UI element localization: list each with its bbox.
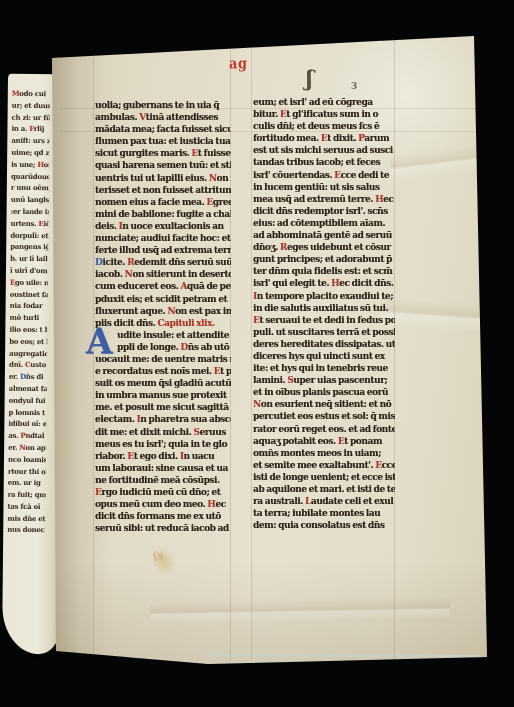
text-line: ch zi: ur fū [12,111,50,123]
text-line: urtens. Eiō [10,218,48,230]
text-segment: nus donec [7,525,44,534]
text-line: puli. ut suscitares terrā et possi [253,327,395,339]
text-segment: n pharetra sua abscō [140,415,231,425]
text-segment: n uacu [183,452,214,462]
text-segment: eruus [199,428,225,438]
text-line: dicit dn̄s formans me ex utō [95,511,231,523]
text-segment: ord [44,160,49,169]
text-segment: audate celi et exul [311,497,393,507]
text-line: p lomnis t [8,406,46,418]
text-segment: uper uias pascentur; [293,376,387,386]
text-segment: culis dn̄i; et deus meus fcs ē [253,122,379,132]
text-column-left: uolia; gubernans te in uia q̄ambulas. Vt… [95,100,231,535]
text-line: deis. In uoce exultacionis an [95,221,231,233]
text-line: mādata mea; facta fuisset sicut [95,124,231,136]
text-segment: oustinet fa [10,289,48,298]
text-segment: quarūdoue [11,171,49,180]
text-segment: gredi [213,198,231,208]
text-line: as. Pndtal [8,430,46,442]
text-segment: on apu [25,443,46,452]
text-segment: diceres hys qui uincti sunt ex [253,352,385,362]
text-segment: mis dn̄e et [7,513,45,522]
text-line: diceres hys qui uincti sunt ex [253,351,395,363]
text-segment: fortitudo mea. [253,134,321,144]
text-line: mō turli [9,312,47,324]
rubricated-text: N [209,174,217,184]
text-segment: lamini. [253,376,287,386]
text-segment: ite: et hys qui in tenebris reue [253,364,388,374]
text-segment: nunciate; audiui facite hoc: et [95,234,231,244]
text-segment: ra australi. [253,497,305,507]
text-segment: ta terra; iubilate montes lau [253,509,380,519]
text-segment: nco loamis [8,454,46,463]
text-line: suit os meum q̄si gladiū acutū: [95,378,231,390]
text-segment: t ponam [344,437,382,447]
text-line: dicit dn̄s redemptor isrl'. scn̄s [253,206,395,218]
text-line: ab aquilone et mari. et isti de ter [253,484,395,496]
text-segment: mō turli [9,313,39,322]
text-line: piis dicit dn̄s. Capituli xlix. [95,318,231,330]
text-line: ad abhominatā gentē ad seruū [253,230,395,242]
text-segment: is une; [11,160,37,169]
text-line: uocauit me: de uentre matris me [95,354,231,366]
text-line: dit me: et dixit michi. Seruus [95,427,231,439]
text-segment: ab aquilone et mari. et isti de ter [253,485,395,495]
text-segment: fluxerunt aque. [95,307,167,317]
text-segment: on sitierunt in deserto [132,270,231,280]
text-segment: gunt principes; et adorabunt p̄ [253,255,392,265]
text-segment: in die salutis auxiliatus sū tui. [253,304,388,314]
text-segment: ra fuit; qm [8,490,46,499]
text-segment: ndtal [25,431,44,440]
text-line: udite insule: et attendite [95,330,231,342]
text-line: ī uirī d'om [10,265,48,277]
text-line: riabor. Et ego dixi. In uacu [95,451,231,463]
text-segment: tas fcā oī [7,502,40,511]
text-segment: tinā attendisses [146,113,218,123]
text-segment: dem: quia consolatus est dn̄s [253,521,384,531]
text-segment: udite insule: et attendite [117,331,229,341]
text-line: me. et posuit me sicut sagittā [95,402,231,414]
text-segment: go uile: m [15,278,48,287]
text-line: almenat fa [9,383,47,395]
text-segment: t gl'ificatus sum in o [286,110,378,120]
text-line: et semite mee exaltabunt'. Ecce [253,460,395,472]
text-line: ra australi. Laudate celi et exul [253,496,395,508]
text-line: in a. Frlij [11,123,49,135]
text-segment: dicit dn̄s redemptor isrl'. scn̄s [253,207,388,217]
text-segment: arum [364,134,389,144]
rubricated-text: H [375,195,383,205]
rubricated-text: H [331,279,339,289]
text-line: quarūdoue [11,170,49,182]
text-segment: anift: urs z [11,136,49,145]
text-segment: n tempore placito exaudiui te; et [257,292,395,302]
text-segment: n uoce exultacionis an [122,222,223,232]
text-line: in lucem gentiū: ut sis salus [253,182,395,194]
text-line: oustinet fa [10,288,48,300]
text-line: quasi harena semen tuū: et stirps [95,160,231,172]
text-segment: odo cui [19,89,46,98]
text-line: dorpulī: et [10,229,48,241]
text-line: iacob. Non sitierunt in deserto [95,269,231,281]
text-line: isrl' qui elegit te. Hec dicit dn̄s. [253,278,395,290]
text-segment: ppli de longe. [117,343,180,353]
text-segment: uime; qd z [11,148,49,157]
text-line: anift: urs z [11,135,49,147]
text-line: Non esurient neq̄ sitient: et nō [253,399,395,411]
text-line: bitur. Et gl'ificatus sum in o [253,109,395,121]
text-segment: t seruaui te et dedi in fedus po [259,316,395,326]
quire-mark: 3 [351,82,357,92]
text-segment: dorpulī: et [10,230,48,239]
text-line: er. Non apu [8,442,46,454]
running-title: ag [229,56,248,74]
text-line: pduxit eis; et scidit petram et [95,294,231,306]
text-line: culis dn̄i; et deus meus fcs ē [253,121,395,133]
text-segment: on est pax im [175,307,231,317]
rubricated-text: R [280,243,287,253]
text-line: gunt principes; et adorabunt p̄ [253,254,395,266]
text-line: um laboraui: sine causa et ua [95,463,231,475]
text-line: bo eos; et b [9,335,47,347]
text-segment: uentris tui ut lapilli eius. [95,174,209,184]
text-line: rtour thi oī [8,465,46,477]
text-line: idibui oī: e [8,418,46,430]
text-line: opus meū cum deo meo. Hec [95,499,231,511]
text-segment: quā de petris [187,282,231,292]
text-segment: isti de longe uenient; et ecce isti [253,473,395,483]
text-line: ferte illud usq̄ ad extrema terre. [95,245,231,257]
text-line: Et seruaui te et dedi in fedus po [253,315,395,327]
text-line: mea usq̄ ad extremū terre. Hec [253,194,395,206]
text-segment: isrl' qui elegit te. [253,279,331,289]
text-segment: in umbra manus sue protexit [95,391,227,401]
text-segment: deis. [95,222,118,232]
text-segment: um laboraui: sine causa et ua [95,464,228,474]
text-segment: opus meū cum deo meo. [95,500,207,510]
text-line: mini de babilone: fugite a chal [95,209,231,221]
text-segment: n̄s di [26,372,44,381]
facing-page-text-fragments: Modo cuiur; et duurch zi: ur fūin a. Frl… [7,88,50,537]
text-line: dn̄oʒ. Reges uidebunt et cōsur [253,242,395,254]
text-segment: in a. [11,124,29,133]
text-segment: uocauit me: de uentre matris me [95,355,231,365]
text-line: uolia; gubernans te in uia q̄ [95,100,231,112]
text-segment: eius: ad cōtemptibilem aīam. [253,219,385,229]
text-line: b. ur iī lail [10,253,48,265]
text-segment: rgo iudiciū meū cū dn̄o; et [101,488,220,498]
text-segment: bitur. [253,110,280,120]
text-line: pangens iġ [10,241,48,253]
text-line: is une; Hord [11,159,49,171]
text-segment: on esurient neq̄ sitient: et nō [261,400,391,410]
ruling-line-vertical [251,36,252,660]
text-segment: riabor. [95,452,127,462]
text-line: ambulas. Vtinā attendisses [95,112,231,124]
text-segment: augregatio [9,348,47,357]
text-line: isrl' cōuertendas. Ecce dedi te [253,170,395,182]
text-line: uime; qd z [11,147,49,159]
text-segment: rlij [34,124,44,133]
text-segment: ch zi: ur fū [12,112,50,121]
text-segment: isrl' cōuertendas. [253,171,334,181]
text-line: ra fuit; qm [8,489,46,501]
text-line: terisset et non fuisset attritum [95,185,231,197]
text-line: er. Dn̄s di [9,371,47,383]
text-segment: unū langls [11,195,49,204]
text-segment: dit me: et dixit michi. [95,428,193,438]
text-segment: t ego dixi. [134,452,180,462]
text-segment: terisset et non fuisset attritum [95,186,231,196]
text-segment: cum educeret eos. [95,282,180,292]
text-segment: aquaʒ potabit eos. [253,437,338,447]
text-segment: on in [217,174,231,184]
text-line: in die salutis auxiliatus sū tui. [253,303,395,315]
text-line: tas fcā oī [7,501,45,513]
text-segment: eges uidebunt et cōsur [287,243,391,253]
text-segment: t fuisset [198,149,231,159]
text-line: ter dn̄m quia fidelis est: et scm̄ [253,266,395,278]
text-segment: bo eos; et b [9,336,47,345]
text-segment: omn̄s montes meos in uiam; [253,449,381,459]
text-line: In tempore placito exaudiui te; et [253,291,395,303]
text-line: dnī. Custo [9,359,47,371]
text-segment: edemit dn̄s seruū suū [134,258,231,268]
text-line: ppli de longe. Dn̄s ab utō [95,342,231,354]
text-line: aquaʒ potabit eos. Et ponam [253,436,395,448]
text-segment: deres hereditates dissipatas. ut [253,340,395,350]
text-line: eius: ad cōtemptibilem aīam. [253,218,395,230]
manuscript-page: ag ʃ 3 uolia; gubernans te in uia q̄ambu… [0,0,514,707]
text-line: Dicite. Redemit dn̄s seruū suū [95,257,231,269]
text-line: ondyul fui [9,394,47,406]
text-segment: ambulas. [95,113,139,123]
text-segment: p lomnis t [8,407,45,416]
text-line: ite: et hys qui in tenebris reue [253,363,395,375]
text-segment: iacob. [95,270,125,280]
text-segment: suit os meum q̄si gladiū acutū: [95,379,231,389]
text-segment: seruū sibi: ut reducā iacob ad [95,524,229,534]
text-line: fluxerunt aque. Non est pax im [95,306,231,318]
text-segment: ilio eos: t h [9,325,47,334]
text-segment: percutiet eos estus et sol: q̄ mise [253,412,395,422]
text-line: et in oībus planis pascua eorū [253,387,395,399]
text-segment: cce dedi te [341,171,389,181]
text-segment: er. [9,372,20,381]
text-line: unū langls [11,194,49,206]
text-line: seruū sibi: ut reducā iacob ad [95,523,231,535]
text-line: Modo cui [12,88,50,100]
text-segment: mea usq̄ ad extremū terre. [253,195,375,205]
text-segment: dn̄oʒ. [253,243,280,253]
text-segment: et semite mee exaltabunt'. [253,461,375,471]
manuscript-photo: { "colors":{ "backdrop":"#050505", "parc… [0,0,514,707]
text-line: nomen eius a facie mea. Egredi [95,197,231,209]
text-segment: almenat fa [9,384,47,393]
text-line: electam. In pharetra sua abscō [95,414,231,426]
text-line: tandas tribus iacob; et feces [253,157,395,169]
text-segment: mādata mea; facta fuisset sicut [95,125,231,135]
text-segment: flumen pax tua: et iusticia tua [95,137,230,147]
text-line: percutiet eos estus et sol: q̄ mise [253,411,395,423]
text-segment: rtour thi oī [8,466,46,475]
text-segment: cce [382,461,395,471]
text-line: omn̄s montes meos in uiam; [253,448,395,460]
rubricated-text: D [180,343,187,353]
text-segment: :er lande im [11,207,49,216]
text-segment: e recordatus est noīs mei. [95,367,214,377]
text-line: lamini. Super uias pascentur; [253,375,395,387]
text-segment: em. ur ig [8,478,41,487]
text-line: ur; et duur [12,100,50,112]
text-segment: er. [8,443,19,452]
text-segment: usto [30,360,46,369]
text-segment: eum; et isrl' ad eū cōgrega [253,98,373,108]
text-segment: n̄s ab utō [188,343,229,353]
text-segment: pduxit eis; et scidit petram et [95,295,227,305]
text-column-right: eum; et isrl' ad eū cōgregabitur. Et gl'… [253,97,395,532]
text-segment: ur; et duur [12,101,50,110]
text-line: sicut gurgites maris. Et fuisset [95,148,231,160]
text-line: r unu oēm [11,182,49,194]
text-segment: est ut sis michi seruus ad susci [253,146,393,156]
text-line: uentris tui ut lapilli eius. Non in [95,173,231,185]
text-segment: ec [383,195,393,205]
text-line: flumen pax tua: et iusticia tua [95,136,231,148]
text-line: ta terra; iubilate montes lau [253,508,395,520]
text-line: nus donec [7,524,45,536]
text-segment: dnī. [9,360,25,369]
text-segment: in lucem gentiū: ut sis salus [253,183,379,193]
text-segment: et in oībus planis pascua eorū [253,388,388,398]
text-segment: meus es tu isrl'; quia in te glo [95,440,227,450]
text-line: eum; et isrl' ad eū cōgrega [253,97,395,109]
text-line: nunciate; audiui facite hoc: et [95,233,231,245]
parchment-wrinkle [379,296,486,333]
text-line: mis dn̄e et [7,512,45,524]
text-segment: ec dicit dn̄s. [339,279,393,289]
text-line: in umbra manus sue protexit [95,390,231,402]
text-segment: t po [220,367,231,377]
text-segment: icite. [102,258,127,268]
text-line: augregatio [9,347,47,359]
text-line: nco loamis [8,453,46,465]
text-segment: nia fodar [10,301,43,310]
text-line: rator eorū reget eos. et ad fontes [253,424,395,436]
rubricated-text: Capituli xlix. [157,319,214,329]
text-segment: me. et posuit me sicut sagittā [95,403,229,413]
rubricated-text: N [167,307,175,317]
text-line: dem: quia consolatus est dn̄s [253,520,395,532]
text-line: Ergo iudiciū meū cū dn̄o; et [95,487,231,499]
text-segment: puli. ut suscitares terrā et possi [253,328,395,338]
rubricated-text: N [253,400,261,410]
text-line: ne fortitudinē meā cōsūpsi. [95,475,231,487]
text-segment: t dixit. [327,134,358,144]
text-segment: dicit dn̄s formans me ex utō [95,512,221,522]
text-line: e recordatus est noīs mei. Et po [95,366,231,378]
text-line: est ut sis michi seruus ad susci [253,145,395,157]
text-segment: mini de babilone: fugite a chal [95,210,231,220]
text-segment: rator eorū reget eos. et ad fontes [253,425,395,435]
text-segment: urtens. [10,219,38,228]
text-segment: ondyul fui [9,395,46,404]
text-segment: ad abhominatā gentē ad seruū [253,231,392,241]
text-segment: electam. [95,415,136,425]
text-segment: sicut gurgites maris. [95,149,191,159]
text-segment: ter dn̄m quia fidelis est: et scm̄ [253,267,392,277]
text-segment: b. ur iī lail [10,254,47,263]
text-segment: ec [215,500,225,510]
text-line: deres hereditates dissipatas. ut [253,339,395,351]
text-segment: as. [8,431,20,440]
text-segment: idibui oī: e [8,419,46,428]
text-segment: tandas tribus iacob; et feces [253,158,380,168]
text-segment: quasi harena semen tuū: et stirps [95,161,231,171]
text-line: cum educeret eos. Aquā de petris [95,281,231,293]
text-segment: ī uirī d'om [10,266,48,275]
text-line: meus es tu isrl'; quia in te glo [95,439,231,451]
text-line: em. ur ig [8,477,46,489]
illuminated-initial-A: A [86,324,112,360]
text-segment: iō [43,219,48,228]
text-line: :er lande im [11,206,49,218]
text-line: Ego uile: m [10,276,48,288]
text-segment: r unu oēm [11,183,49,192]
text-line: fortitudo mea. Et dixit. Parum [253,133,395,145]
text-segment: uolia; gubernans te in uia q̄ [95,101,219,111]
text-segment: ne fortitudinē meā cōsūpsi. [95,476,220,486]
text-segment: pangens iġ [10,242,48,251]
text-line: ilio eos: t h [9,324,47,336]
text-line: isti de longe uenient; et ecce isti [253,472,395,484]
text-segment: nomen eius a facie mea. [95,198,206,208]
text-segment: ferte illud usq̄ ad extrema terre. [95,246,231,256]
text-line: nia fodar [10,300,48,312]
